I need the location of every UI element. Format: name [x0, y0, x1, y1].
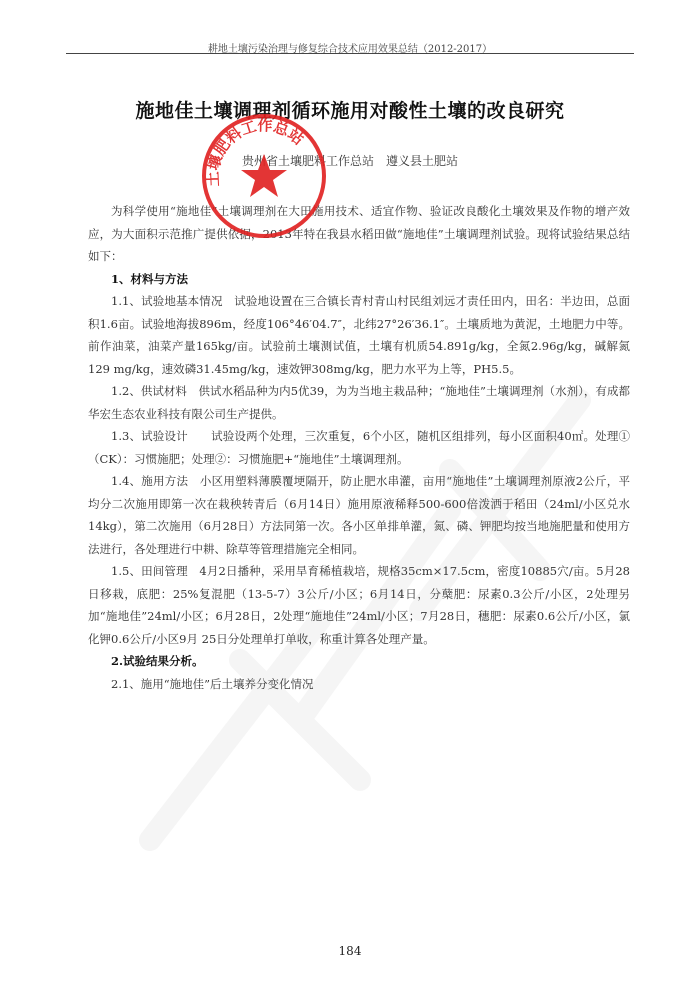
paragraph-1-4: 1.4、施用方法 小区用塑料薄膜覆埂隔开，防止肥水串灌，亩用“施地佳”土壤调理剂… [88, 470, 630, 560]
paragraph-1-5: 1.5、田间管理 4月2日播种，采用旱育稀植栽培，规格35cm×17.5cm，密… [88, 560, 630, 650]
section-heading-2: 2.试验结果分析。 [88, 650, 630, 673]
paragraph-1-3: 1.3、试验设计 试验设两个处理，三次重复，6个小区，随机区组排列，每小区面积4… [88, 425, 630, 470]
page-title: 施地佳土壤调理剂循环施用对酸性土壤的改良研究 [0, 96, 700, 123]
document-body: 为科学使用“施地佳”土壤调理剂在大田施用技术、适宜作物、验证改良酸化土壤效果及作… [88, 200, 630, 695]
authors-line: 贵州省土壤肥料工作总站 遵义县土肥站 [0, 152, 700, 169]
paragraph-1-2: 1.2、供试材料 供试水稻品种为内5优39，为为当地主栽品种；“施地佳”土壤调理… [88, 380, 630, 425]
header-divider [66, 53, 634, 54]
section-heading-1: 1、材料与方法 [88, 268, 630, 291]
paragraph-2-1: 2.1、施用“施地佳”后土壤养分变化情况 [88, 673, 630, 696]
paragraph-1-1: 1.1、试验地基本情况 试验地设置在三合镇长青村青山村民组刘远才责任田内，田名：… [88, 290, 630, 380]
page-number: 184 [0, 944, 700, 958]
intro-paragraph: 为科学使用“施地佳”土壤调理剂在大田施用技术、适宜作物、验证改良酸化土壤效果及作… [88, 200, 630, 268]
